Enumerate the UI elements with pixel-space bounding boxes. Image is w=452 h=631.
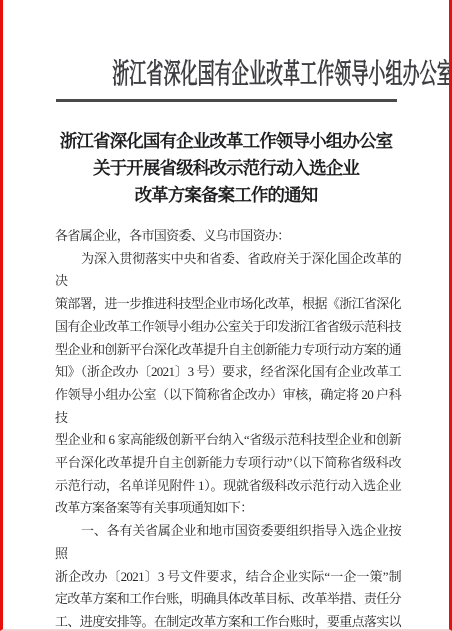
title-line: 浙江省深化国有企业改革工作领导小组办公室 [3, 128, 449, 155]
body-line: 型企业和 6 家高能级创新平台纳入“省级示范科技型企业和创新 [55, 429, 401, 452]
title-line: 关于开展省级科改示范行动入选企业 [3, 155, 449, 182]
body-line: 平台深化改革提升自主创新能力专项行动”（以下简称省级科改 [55, 452, 401, 475]
body-line: 工、进度安排等。在制定改革方案和工作台账时，要重点落实以 [55, 611, 401, 631]
body-line: 浙企改办〔2021〕3 号文件要求，结合企业实际“一企一策”制 [55, 566, 401, 589]
body-line: 定改革方案和工作台账，明确具体改革目标、改革举措、责任分 [55, 588, 401, 611]
document-page: 浙江省深化国有企业改革工作领导小组办公室 浙江省深化国有企业改革工作领导小组办公… [0, 0, 452, 631]
body-line: 为深入贯彻落实中央和省委、省政府关于深化国企改革的决 [55, 248, 401, 293]
body-line: 作领导小组办公室（以下简称省企改办）审核，确定将 20 户科技 [55, 384, 401, 429]
letterhead-org-name: 浙江省深化国有企业改革工作领导小组办公室 [112, 59, 452, 91]
title-line: 改革方案备案工作的通知 [3, 182, 449, 209]
letterhead: 浙江省深化国有企业改革工作领导小组办公室 [3, 59, 449, 91]
letterhead-rule [56, 99, 397, 102]
document-paragraphs: 为深入贯彻落实中央和省委、省政府关于深化国企改革的决策部署，进一步推进科技型企业… [55, 248, 401, 631]
body-line: 型企业和创新平台深化改革提升自主创新能力专项行动方案的通 [55, 339, 401, 362]
body-line: 知》（浙企改办〔2021〕3 号）要求，经省深化国有企业改革工 [55, 361, 401, 384]
document-body: 各省属企业，各市国资委、义乌市国资办： 为深入贯彻落实中央和省委、省政府关于深化… [55, 225, 401, 631]
body-line: 策部署，进一步推进科技型企业市场化改革，根据《浙江省深化 [55, 293, 401, 316]
document-title: 浙江省深化国有企业改革工作领导小组办公室关于开展省级科改示范行动入选企业改革方案… [3, 128, 449, 209]
salutation: 各省属企业，各市国资委、义乌市国资办： [55, 225, 401, 248]
body-line: 示范行动，名单详见附件 1）。现就省级科改示范行动入选企业 [55, 475, 401, 498]
body-line: 一、各有关省属企业和地市国资委要组织指导入选企业按照 [55, 520, 401, 565]
body-line: 国有企业改革工作领导小组办公室关于印发浙江省省级示范科技 [55, 316, 401, 339]
body-line: 改革方案备案等有关事项通知如下： [55, 497, 401, 520]
